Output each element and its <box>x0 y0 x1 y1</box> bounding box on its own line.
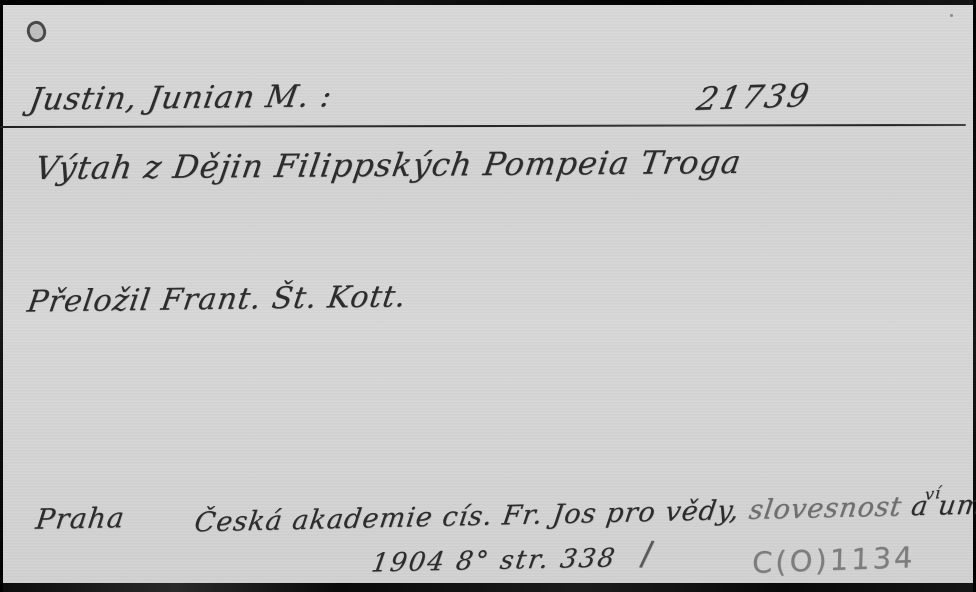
stray-pen-stroke: / <box>638 533 656 574</box>
stray-speck <box>950 14 953 17</box>
publisher-light-segment: slovesnost <box>737 491 913 526</box>
scan-edge-left <box>0 0 3 592</box>
publisher-end: a umění <box>909 489 976 523</box>
author-heading: Justin, Junian M. : <box>27 78 335 117</box>
scan-edge-bottom <box>0 583 976 592</box>
publisher-main: Česká akademie cís. Fr. Jos pro vědy, <box>193 495 742 538</box>
imprint-place: Praha <box>34 501 127 536</box>
imprint-publisher: Česká akademie cís. Fr. Jos pro vědy, sl… <box>193 489 976 539</box>
title-line: Výtah z Dějin Filippských Pompeia Troga <box>33 143 744 187</box>
header-rule-line <box>0 124 966 128</box>
translator-line: Přeložil Frant. Št. Kott. <box>25 279 409 319</box>
hole-punch-mark-icon <box>23 18 49 45</box>
accession-number: 21739 <box>693 76 814 118</box>
year-format-pages: 1904 8° str. 338 <box>369 543 618 578</box>
superscript-correction: ví <box>924 483 942 504</box>
scan-edge-top <box>0 0 976 5</box>
call-number-pencil: C(O)1134 <box>751 540 916 580</box>
catalog-card-scan: Justin, Junian M. : 21739 Výtah z Dějin … <box>0 0 976 592</box>
